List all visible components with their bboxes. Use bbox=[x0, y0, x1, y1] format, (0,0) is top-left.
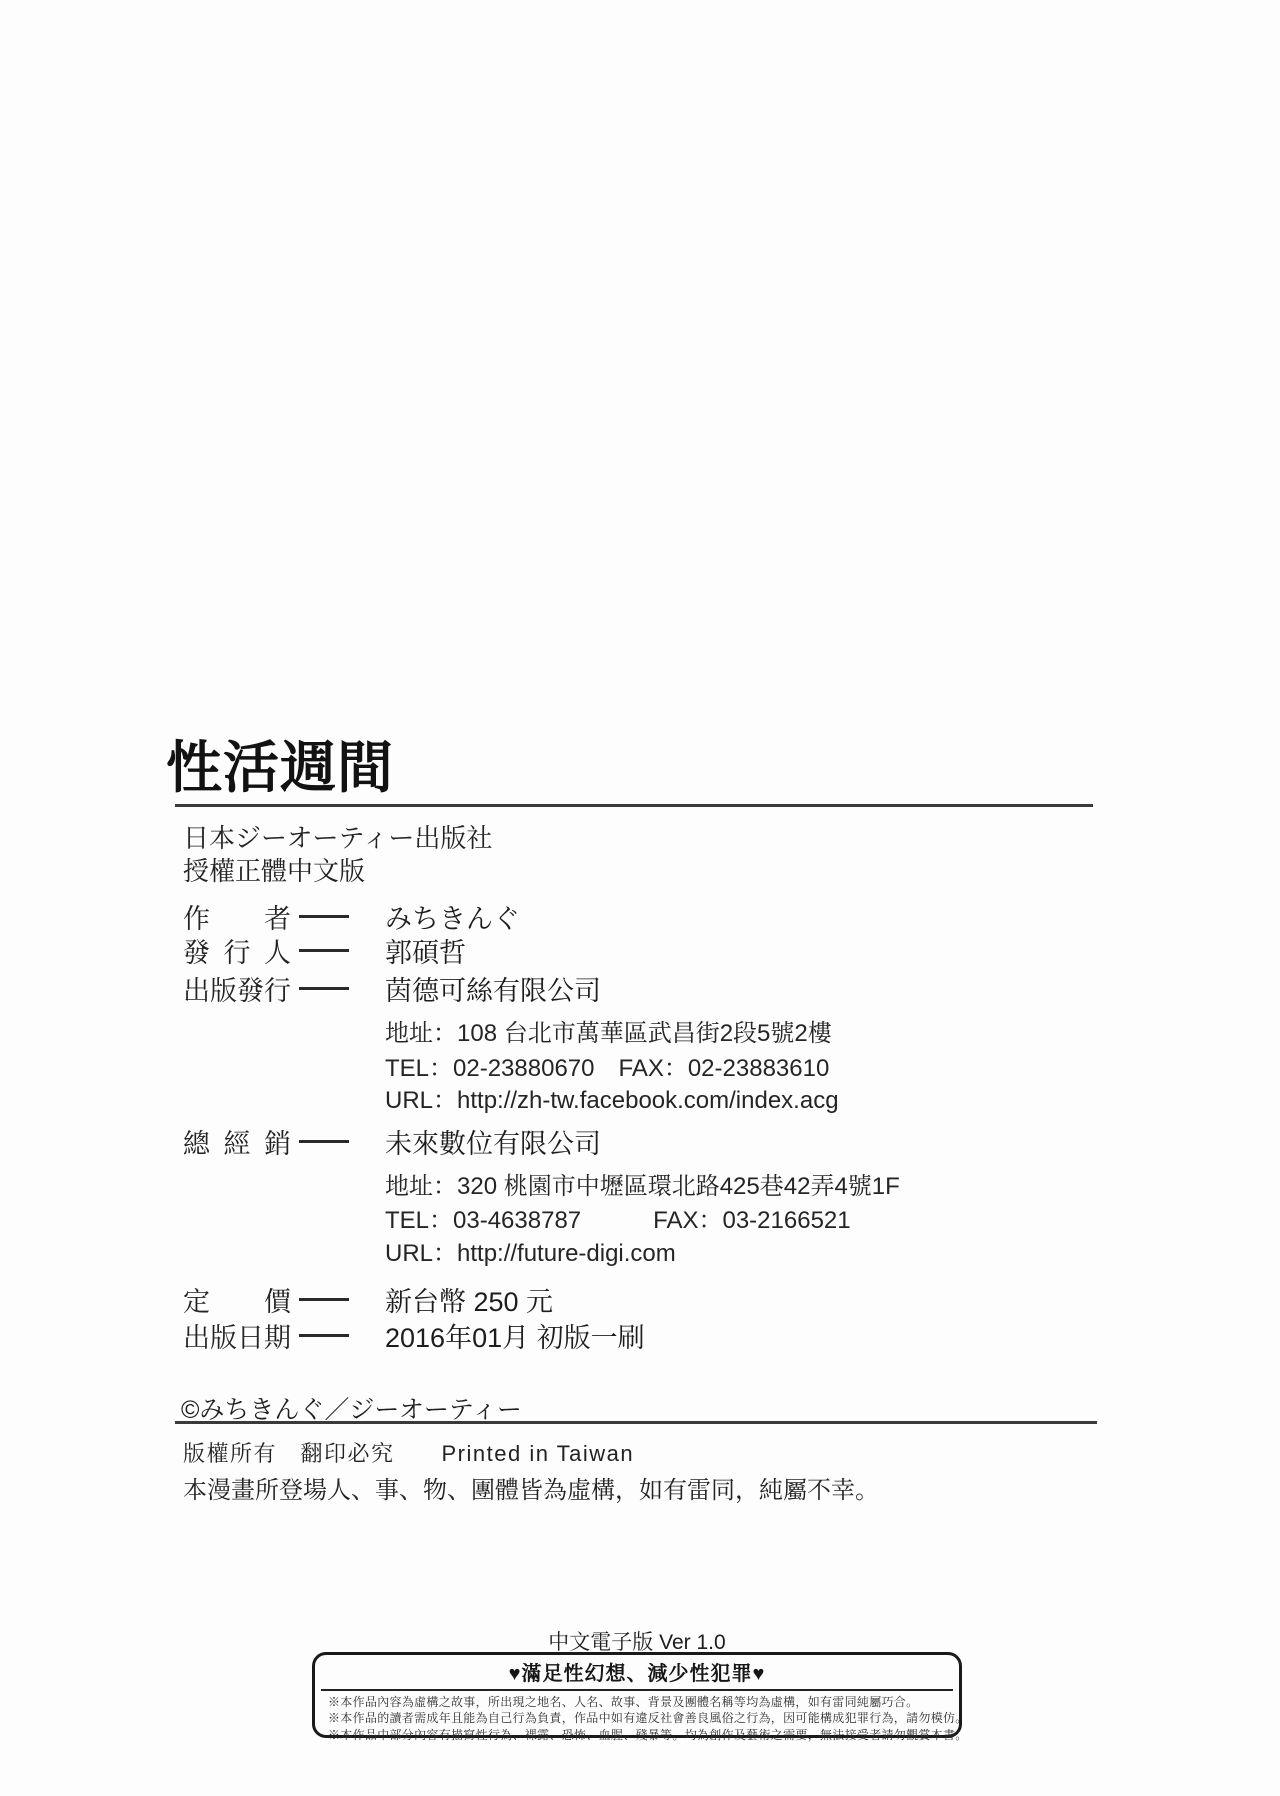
label-dash bbox=[299, 915, 349, 918]
notice-line-3: ※本作品中部分內容有描寫性行為、裸露、恐怖、血腥、殘暴等。均為創作及藝術之需要，… bbox=[328, 1727, 959, 1743]
row-label-publisher: 出版發行 bbox=[183, 969, 291, 1008]
rights-reserved-line: 版權所有 翻印必究 Printed in Taiwan bbox=[183, 1437, 634, 1468]
label-dash bbox=[299, 1140, 349, 1143]
row-value-distributor: 未來數位有限公司 bbox=[385, 1122, 601, 1161]
info-row-price: 定價 新台幣 250 元 bbox=[183, 1285, 553, 1313]
publisher-address: 地址：108 台北市萬華區武昌街2段5號2樓 bbox=[385, 1013, 832, 1048]
top-divider bbox=[175, 804, 1093, 807]
publisher-url: URL：http://zh-tw.facebook.com/index.acg bbox=[385, 1080, 839, 1115]
info-row-author: 作者 みちきんぐ bbox=[183, 902, 520, 930]
info-row-issuer: 發行人 郭碩哲 bbox=[183, 936, 466, 964]
notice-box: ♥滿足性幻想、減少性犯罪♥ ※本作品內容為虛構之故事，所出現之地名、人名、故事、… bbox=[312, 1652, 962, 1738]
info-row-distributor: 總經銷 未來數位有限公司 bbox=[183, 1127, 601, 1155]
label-dash bbox=[299, 987, 349, 990]
notice-lines: ※本作品內容為虛構之故事，所出現之地名、人名、故事、背景及團體名稱等均為虛構，如… bbox=[315, 1691, 959, 1743]
license-line-japanese-publisher: 日本ジーオーティー出版社 bbox=[183, 822, 492, 855]
middle-divider bbox=[175, 1421, 1097, 1424]
notice-line-1: ※本作品內容為虛構之故事，所出現之地名、人名、故事、背景及團體名稱等均為虛構，如… bbox=[328, 1694, 959, 1710]
label-dash bbox=[299, 1334, 349, 1337]
row-value-publish-date: 2016年01月 初版一刷 bbox=[385, 1316, 645, 1355]
info-row-publisher: 出版發行 茵德可絲有限公司 bbox=[183, 974, 601, 1002]
distributor-tel-fax: TEL：03-4638787 FAX：03-2166521 bbox=[385, 1200, 851, 1235]
notice-line-2: ※本作品的讀者需成年且能為自己行為負責，作品中如有違反社會善良風俗之行為，因可能… bbox=[328, 1710, 959, 1726]
book-title: 性活週間 bbox=[166, 724, 394, 804]
license-block: 日本ジーオーティー出版社 授權正體中文版 bbox=[183, 822, 492, 888]
publisher-tel-fax: TEL：02-23880670 FAX：02-23883610 bbox=[385, 1048, 829, 1083]
license-line-licensed-edition: 授權正體中文版 bbox=[183, 855, 492, 888]
row-value-price: 新台幣 250 元 bbox=[385, 1280, 553, 1319]
row-value-issuer: 郭碩哲 bbox=[385, 931, 466, 970]
label-dash bbox=[299, 1298, 349, 1301]
fiction-disclaimer-line: 本漫畫所登場人、事、物、團體皆為虛構，如有雷同，純屬不幸。 bbox=[183, 1470, 879, 1505]
row-label-publish-date: 出版日期 bbox=[183, 1316, 291, 1355]
notice-slogan: ♥滿足性幻想、減少性犯罪♥ bbox=[315, 1657, 959, 1686]
row-value-publisher: 茵德可絲有限公司 bbox=[385, 969, 601, 1008]
row-label-distributor: 總經銷 bbox=[183, 1122, 291, 1161]
info-row-publish-date: 出版日期 2016年01月 初版一刷 bbox=[183, 1321, 645, 1349]
colophon-page: 性活週間 日本ジーオーティー出版社 授權正體中文版 作者 みちきんぐ 發行人 郭… bbox=[0, 0, 1280, 1796]
distributor-address: 地址：320 桃園市中壢區環北路425巷42弄4號1F bbox=[385, 1166, 900, 1201]
label-dash bbox=[299, 949, 349, 952]
row-label-price: 定價 bbox=[183, 1280, 291, 1319]
distributor-url: URL：http://future-digi.com bbox=[385, 1233, 676, 1268]
row-label-issuer: 發行人 bbox=[183, 931, 291, 970]
